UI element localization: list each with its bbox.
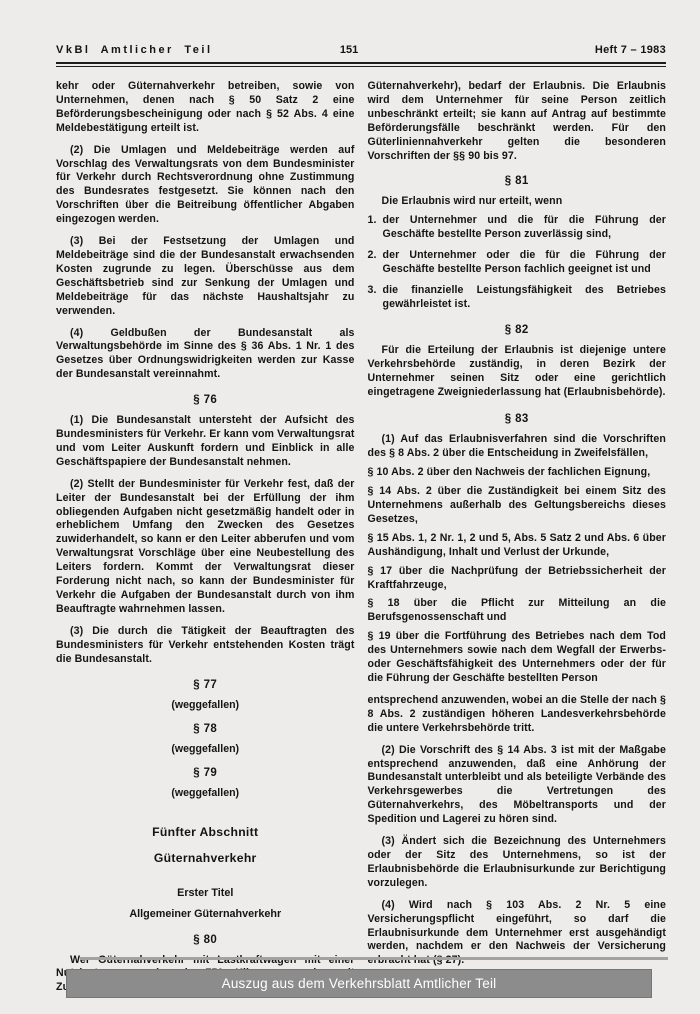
paragraph: § 18 über die Pflicht zur Mitteilung an … — [368, 597, 667, 625]
list-number: 1. — [368, 214, 383, 242]
right-column: Güternahverkehr), bedarf der Erlaubnis. … — [368, 80, 667, 950]
issue-label: Heft 7 – 1983 — [370, 44, 666, 56]
paragraph: (3) Die durch die Tätigkeit der Beauftra… — [56, 625, 355, 667]
list-item: 3. die finanzielle Leistungsfähigkeit de… — [368, 284, 667, 312]
paragraph: (4) Geldbußen der Bundesanstalt als Verw… — [56, 327, 355, 383]
section-heading-76: § 76 — [56, 394, 355, 406]
paragraph: (1) Die Bundesanstalt untersteht der Auf… — [56, 414, 355, 470]
section-heading-81: § 81 — [368, 175, 667, 187]
footer-banner-label: Auszug aus dem Verkehrsblatt Amtlicher T… — [222, 976, 497, 991]
header-divider — [56, 62, 666, 67]
paragraph: (2) Die Umlagen und Meldebeiträge werden… — [56, 144, 355, 227]
footer-banner: Auszug aus dem Verkehrsblatt Amtlicher T… — [66, 969, 652, 998]
repealed-note: (weggefallen) — [56, 699, 355, 711]
paragraph: Die Erlaubnis wird nur erteilt, wenn — [368, 195, 667, 209]
left-column: kehr oder Güternahverkehr betreiben, sow… — [56, 80, 355, 950]
paragraph: entsprechend anzuwenden, wobei an die St… — [368, 694, 667, 736]
paragraph: (3) Ändert sich die Bezeichnung des Unte… — [368, 835, 667, 891]
paragraph: kehr oder Güternahverkehr betreiben, sow… — [56, 80, 355, 136]
repealed-note: (weggefallen) — [56, 743, 355, 755]
document-page: VkBl Amtlicher Teil 151 Heft 7 – 1983 ke… — [0, 0, 700, 1014]
journal-title: VkBl Amtlicher Teil — [56, 44, 352, 56]
repealed-note: (weggefallen) — [56, 787, 355, 799]
footer-divider — [80, 957, 668, 960]
paragraph: § 10 Abs. 2 über den Nachweis der fachli… — [368, 466, 667, 480]
section-heading-79: § 79 — [56, 767, 355, 779]
text-columns: kehr oder Güternahverkehr betreiben, sow… — [56, 80, 666, 950]
list-text: die finanzielle Leistungsfähigkeit des B… — [383, 284, 667, 312]
list-text: der Unternehmer oder die für die Führung… — [383, 249, 667, 277]
paragraph: Für die Erteilung der Erlaubnis ist diej… — [368, 344, 667, 400]
paragraph: (1) Auf das Erlaubnisverfahren sind die … — [368, 433, 667, 461]
title-subheading: Allgemeiner Güternahverkehr — [56, 908, 355, 920]
section-heading-78: § 78 — [56, 723, 355, 735]
paragraph: § 14 Abs. 2 über die Zuständigkeit bei e… — [368, 485, 667, 527]
paragraph: Güternahverkehr), bedarf der Erlaubnis. … — [368, 80, 667, 163]
section-heading-82: § 82 — [368, 324, 667, 336]
section-heading-83: § 83 — [368, 413, 667, 425]
page-number: 151 — [340, 44, 358, 56]
paragraph: § 17 über die Nachprüfung der Betriebssi… — [368, 565, 667, 593]
page-header: VkBl Amtlicher Teil 151 Heft 7 – 1983 — [56, 44, 666, 60]
list-number: 2. — [368, 249, 383, 277]
paragraph: (3) Bei der Festsetzung der Umlagen und … — [56, 235, 355, 318]
title-heading: Erster Titel — [56, 887, 355, 899]
list-item: 2. der Unternehmer oder die für die Führ… — [368, 249, 667, 277]
paragraph: § 19 über die Fortführung des Betriebes … — [368, 630, 667, 686]
list-item: 1. der Unternehmer und die für die Führu… — [368, 214, 667, 242]
list-text: der Unternehmer und die für die Führung … — [383, 214, 667, 242]
section-heading-80: § 80 — [56, 934, 355, 946]
section-heading-77: § 77 — [56, 679, 355, 691]
chapter-subheading: Güternahverkehr — [56, 851, 355, 865]
paragraph: § 15 Abs. 1, 2 Nr. 1, 2 und 5, Abs. 5 Sa… — [368, 532, 667, 560]
chapter-heading: Fünfter Abschnitt — [56, 825, 355, 839]
paragraph: (2) Die Vorschrift des § 14 Abs. 3 ist m… — [368, 744, 667, 827]
list-number: 3. — [368, 284, 383, 312]
paragraph: (2) Stellt der Bundesminister für Verkeh… — [56, 478, 355, 617]
